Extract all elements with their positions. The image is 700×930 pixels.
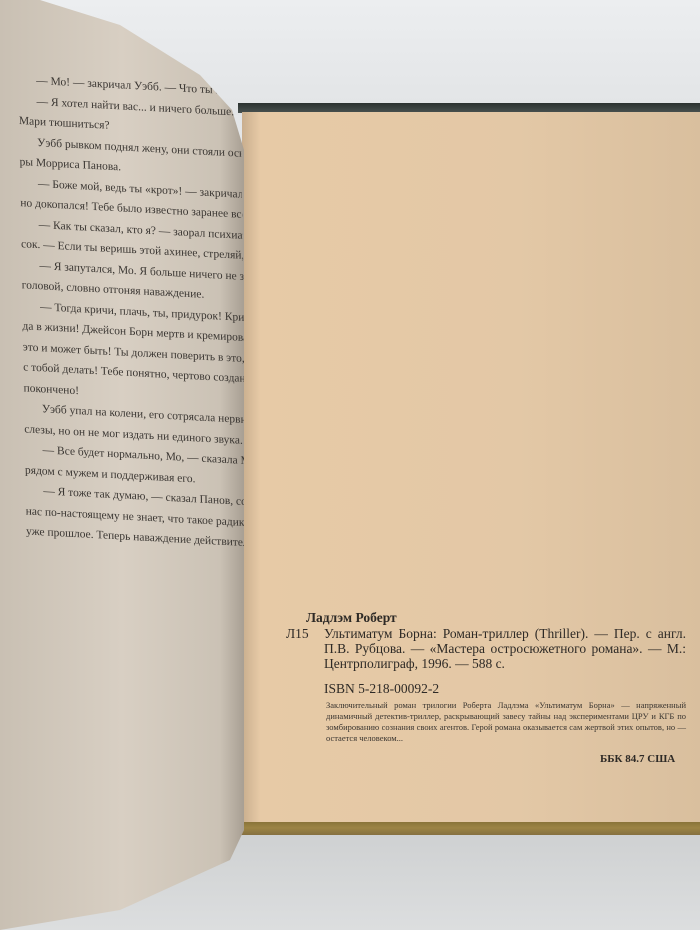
- catalog-entry-text: Ультиматум Борна: Роман-триллер (Thrille…: [324, 626, 686, 671]
- left-page: — Мо! — закричал Уэбб. — Что ты здесь де…: [0, 0, 244, 930]
- catalog-entry: Л15 Ультиматум Борна: Роман-триллер (Thr…: [286, 626, 686, 671]
- catalog-code: Л15: [286, 626, 324, 671]
- bbk-classification: ББК 84.7 США: [600, 753, 675, 765]
- author-name: Ладлэм Роберт: [286, 610, 686, 625]
- left-page-text: — Мо! — закричал Уэбб. — Что ты здесь де…: [18, 70, 248, 554]
- bibliographic-record: Ладлэм Роберт Л15 Ультиматум Борна: Рома…: [286, 610, 686, 696]
- isbn: ISBN 5-218-00092-2: [286, 681, 686, 696]
- annotation-text: Заключительный роман трилогии Роберта Ла…: [326, 700, 686, 744]
